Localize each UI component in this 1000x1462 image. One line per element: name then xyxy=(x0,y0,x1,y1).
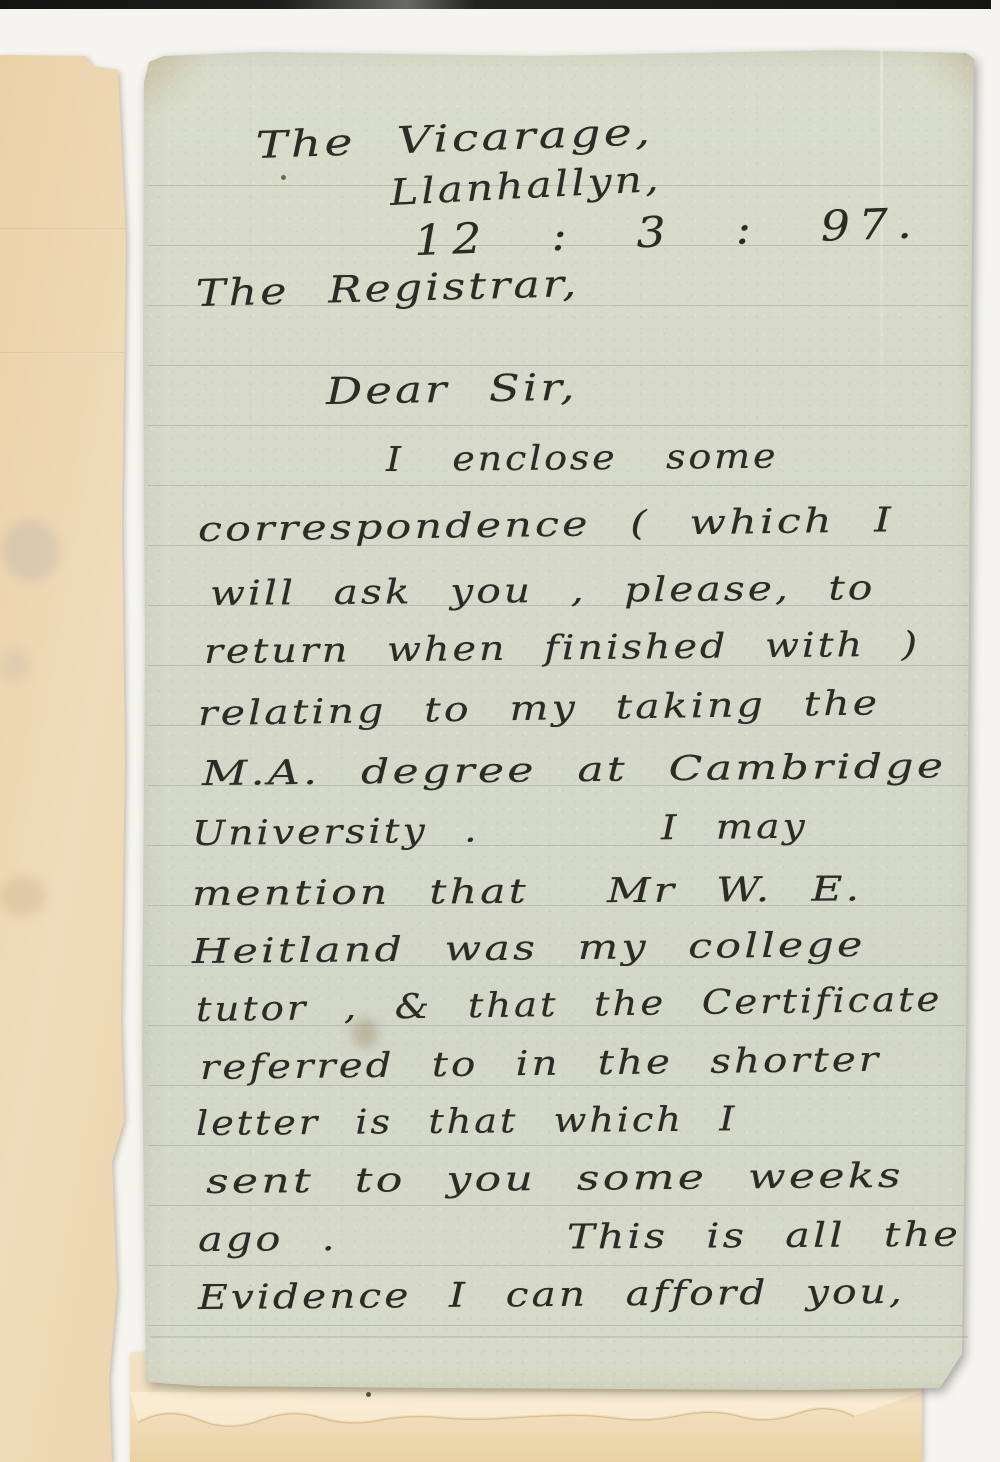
handwritten-line: M.A. degree at Cambridge xyxy=(202,748,947,793)
handwritten-line: Llanhallyn, xyxy=(389,160,662,214)
handwritten-line: I enclose some xyxy=(386,439,779,480)
scanned-letter-document: The Vicarage, Llanhallyn, 12 : 3 : 97. T… xyxy=(0,0,1000,1462)
handwritten-line: The Vicarage, xyxy=(255,112,654,167)
handwritten-line: ago . This is all the xyxy=(198,1217,961,1260)
handwritten-line: tutor , & that the Certificate xyxy=(196,982,943,1030)
handwritten-line: return when finished with ) xyxy=(204,627,921,672)
handwritten-line: Dear Sir, xyxy=(326,368,578,413)
handwritten-line: Evidence I can afford you, xyxy=(198,1274,905,1318)
handwritten-line: referred to in the shorter xyxy=(200,1042,882,1088)
handwritten-line: The Registrar, xyxy=(195,264,579,315)
handwriting-layer: The Vicarage, Llanhallyn, 12 : 3 : 97. T… xyxy=(0,0,1000,1462)
handwritten-line: University . I may xyxy=(192,808,808,853)
handwritten-line: sent to you some weeks xyxy=(206,1158,904,1201)
handwritten-line: 12 : 3 : 97. xyxy=(413,200,921,264)
handwritten-line: letter is that which I xyxy=(196,1101,738,1143)
handwritten-line: mention that Mr W. E. xyxy=(192,871,862,913)
handwritten-line: will ask you , please, to xyxy=(210,570,876,613)
handwritten-line: Heitland was my college xyxy=(192,927,866,971)
handwritten-line: correspondence ( which I xyxy=(198,502,895,549)
handwritten-line: relating to my taking the xyxy=(198,685,881,733)
